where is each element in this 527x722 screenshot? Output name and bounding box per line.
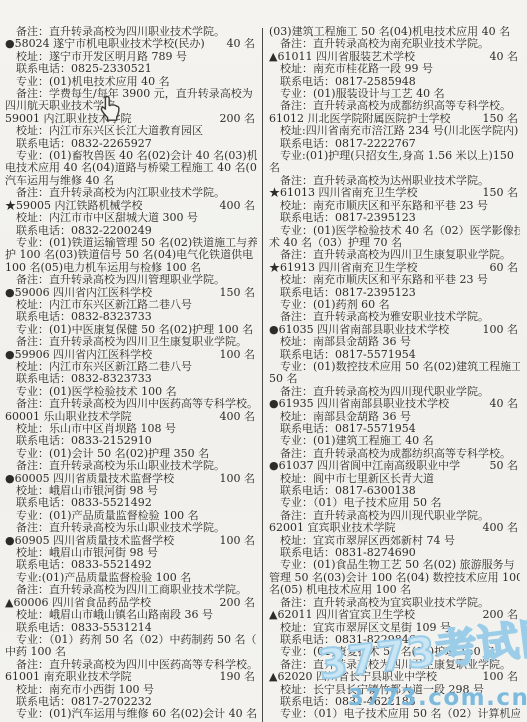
line-text: 备注：直升转录高校为乐山职业技术学院。 xyxy=(16,460,225,472)
text-line: 备注：直升转录高校为达州职业技术学院。 xyxy=(269,175,520,187)
text-line: 联系电话：0817-2222767 xyxy=(269,138,520,150)
entry-line: 61012 川北医学院附属医院护士学校150 名 xyxy=(269,113,520,125)
quota-value: 100 名 xyxy=(483,671,521,683)
text-line: 专业：(01)产品质量监督检验 100 名 xyxy=(5,510,257,522)
text-line: 专业：(01)机电技术应用 40 名 xyxy=(5,76,257,88)
line-text: 专业：（01）药剂 50 名（02）中药制药 50 名（03） xyxy=(16,634,257,646)
line-text: ●61935 四川省南部县职业技术学校 xyxy=(269,398,449,410)
quota-value: 200 名 xyxy=(220,597,258,609)
line-text: ●59006 四川省内江医科学校 xyxy=(5,287,152,299)
scanned-document-page: 备注：直升转录高校为四川职业技术学院。●58024 遂宁市机电职业技术学校(民办… xyxy=(0,0,527,722)
line-text: 专业：(01)畜牧兽医 40 名(02)会计 40 名(03)机 xyxy=(16,150,257,162)
line-text: 联系电话：0817-6300138 xyxy=(280,485,416,497)
text-line: 联系电话：0817-5571954 xyxy=(269,423,520,435)
entry-line: ●59906 四川省内江医科学校100 名 xyxy=(5,349,257,361)
line-text: 校址：遂宁市开发区明月路 789 号 xyxy=(16,51,187,63)
text-line: 校址：南充市桂花路一段 99 号 xyxy=(269,63,520,75)
line-text: 专业：(01)康复技术 50 名(02)护理 150 名 xyxy=(280,646,495,658)
quota-value: 100 名 xyxy=(220,473,258,485)
entry-line: ●60905 四川省质量技术监督学校100 名 xyxy=(5,535,257,547)
entry-line: ●61935 四川省南部县职业技术学校40 名 xyxy=(269,398,520,410)
text-line: 校址：内江市东兴区新江路二巷八号 xyxy=(5,299,257,311)
text-line: 校址：峨眉山市峨山镇名山路南段 36 号 xyxy=(5,609,257,621)
quota-value: 400 名 xyxy=(220,411,258,423)
text-line: 联系电话：0831-8274690 xyxy=(269,547,520,559)
text-line: 四川航天职业技术学院。 xyxy=(5,100,257,112)
text-line: 专业：(01)铁道运输管理 50 名(02)铁道施工与养 xyxy=(5,237,257,249)
line-text: 校址：南充市顺庆区和平东路和平巷 23 号 xyxy=(280,200,488,212)
line-text: 59001 内江职业技术学院 xyxy=(5,113,132,125)
line-text: 联系电话：0817-2222767 xyxy=(280,138,416,150)
text-line: 校址：宜宾市翠屏区文星街 109 号 xyxy=(269,622,520,634)
line-text: 校址：宜宾市翠屏区西郊新村 74 号 xyxy=(280,535,455,547)
text-line: 校址：遂宁市开发区明月路 789 号 xyxy=(5,51,257,63)
line-text: 名 xyxy=(269,162,280,174)
line-text: 校址：南部县金葫路 36 号 xyxy=(280,336,411,348)
line-text: 备注：直升转录高校为乐山职业技术学院。 xyxy=(16,522,225,534)
text-line: 校址:四川省南充市涪江路 234 号(川北医学院内) xyxy=(269,125,520,137)
line-text: 专业：(01)产品质量监督检验 100 名 xyxy=(16,510,199,522)
text-line: 联系电话：0817-2395123 xyxy=(269,212,520,224)
line-text: 联系电话：0831-8274690 xyxy=(280,547,416,559)
line-text: 专业：(01)会计 50 名(02)护理 350 名 xyxy=(16,448,209,460)
text-line: 专业：(01)药剂 60 名 xyxy=(269,299,520,311)
quota-value: 150 名 xyxy=(483,113,521,125)
line-text: 61001 南充职业技术学院 xyxy=(5,671,132,683)
line-text: ●61035 四川省南部县职业技术学校 xyxy=(269,324,449,336)
line-text: 专业：(01)铁道运输管理 50 名(02)铁道施工与养 xyxy=(16,237,257,249)
line-text: 联系电话：0832-8323733 xyxy=(16,373,152,385)
line-text: 备注：直升转录高校为四川职业技术学院。 xyxy=(16,26,225,38)
text-line: 备注：直升转录高校为南充职业技术学院。 xyxy=(269,38,520,50)
line-text: 62001 宜宾职业技术学院 xyxy=(269,522,396,534)
line-text: 备注：直升转录高校为南充职业技术学院。 xyxy=(280,38,489,50)
line-text: 校址：内江市东兴区长江大道教育园区 xyxy=(16,125,203,137)
entry-line: 60001 乐山职业技术学院400 名 xyxy=(5,411,257,423)
text-line: 电技术应用 40 名(04)道路与桥梁工程施工 40 名(05) xyxy=(5,162,257,174)
text-line: 校址：阆中市七里新区长青大道 xyxy=(269,473,520,485)
text-line: 名 xyxy=(269,162,520,174)
line-text: 备注：学费每生/每年 3900 元，直升转录高校为 xyxy=(16,88,253,100)
line-text: 联系电话：0832-2200249 xyxy=(16,225,152,237)
quota-value: 100 名 xyxy=(483,324,521,336)
quota-value: 60 名 xyxy=(490,262,521,274)
text-line: 备注：直升转录高校为四川现代职业学院。 xyxy=(269,386,520,398)
line-text: 专业：(01)药剂 60 名 xyxy=(280,299,390,311)
entry-line: ●58024 遂宁市机电职业技术学校(民办)40 名 xyxy=(5,38,257,50)
line-text: ★61013 四川省南充卫生学校 xyxy=(269,187,418,199)
text-line: 联系电话：0832-2200249 xyxy=(5,225,257,237)
entry-line: ▲62020 四川省长宁县职业中学校100 名 xyxy=(269,671,520,683)
line-text: 校址：南充市桂花路一段 99 号 xyxy=(280,63,433,75)
text-line: 备注：直升转录高校为内江职业技术学院。 xyxy=(5,187,257,199)
text-line: 备注：直升转录高校为成都纺织高等专科学校。 xyxy=(269,448,520,460)
line-text: 校址：内江市东兴区新江路二巷八号 xyxy=(16,361,192,373)
text-line: 备注：直升转录高校为四川卫生康复职业学院。 xyxy=(269,249,520,261)
line-text: 备注：直升转录高校为四川卫生康复职业学院。 xyxy=(280,659,511,671)
quota-value: 190 名 xyxy=(220,671,258,683)
text-line: 护 100 名(03)铁道信号 50 名(04)电气化铁道供电 xyxy=(5,249,257,261)
text-line: 联系电话：0833-5521492 xyxy=(5,497,257,509)
line-text: 专业:(01)护理(只招女生,身高 1.56 米以上)150 xyxy=(280,150,514,162)
column-divider xyxy=(262,28,263,722)
text-line: 专业：(01)医学检验技术 100 名 xyxy=(5,386,257,398)
line-text: 专业：(01)汽车运用与维修 60 名(02)会计 40 名 xyxy=(16,708,257,720)
entry-line: ▲60006 四川省食品药品学校200 名 xyxy=(5,597,257,609)
text-line: 联系电话：0831-4622185 xyxy=(269,696,520,708)
text-line: 备注：直升转录高校为四川中医药高等专科学校。 xyxy=(5,398,257,410)
entry-line: ●60005 四川省质量技术监督学校100 名 xyxy=(5,473,257,485)
text-line: 专业：(01)畜牧兽医 40 名(02)会计 40 名(03)机 xyxy=(5,150,257,162)
quota-value: 100 名 xyxy=(220,349,258,361)
quota-value: 400 名 xyxy=(220,200,258,212)
line-text: 备注：直升转录高校为四川中医药高等专科学校。 xyxy=(16,398,257,410)
line-text: ▲60006 四川省食品药品学校 xyxy=(5,597,151,609)
text-line: 校址：南充市小西街 100 号 xyxy=(5,684,257,696)
line-text: 专业：(01)数控技术应用 50 名(02)建筑工程施工 xyxy=(280,361,520,373)
text-line: 联系电话：0817-5571954 xyxy=(269,349,520,361)
text-line: 校址：长宁县长宁镇竹都大道一段 298 号 xyxy=(269,684,520,696)
line-text: 联系电话：0832-8323733 xyxy=(16,311,152,323)
line-text: 备注：直升转录高校为达州职业技术学院。 xyxy=(280,175,489,187)
line-text: 备注：直升转录高校为四川现代职业学院。 xyxy=(280,386,489,398)
line-text: ▲61011 四川省服装艺术学校 xyxy=(269,51,415,63)
line-text: 校址：峨眉山市银河街 98 号 xyxy=(16,547,158,559)
line-text: ●60005 四川省质量技术监督学校 xyxy=(5,473,174,485)
line-text: 60001 乐山职业技术学院 xyxy=(5,411,132,423)
text-line: 管理 50 名(03)会计 100 名(04) 数控技术应用 100 xyxy=(269,572,520,584)
text-line: 备注：直升转录高校为四川卫生康复职业学院。 xyxy=(269,659,520,671)
text-line: 联系电话：0817-2585948 xyxy=(269,76,520,88)
text-line: 专业：(01)中医康复保健 50 名(02)护理 100 名 xyxy=(5,324,257,336)
line-text: 校址：宜宾市翠屏区文星街 109 号 xyxy=(280,622,451,634)
line-text: 名(05) 机电技术应用 100 名 xyxy=(269,584,411,596)
entry-line: ●59006 四川省内江医科学校150 名 xyxy=(5,287,257,299)
line-text: 备注：直升转录高校为四川现代职业学院。 xyxy=(280,510,489,522)
text-line: 校址：峨眉山市银河街 98 号 xyxy=(5,485,257,497)
line-text: 联系电话：0833-5521492 xyxy=(16,497,152,509)
line-text: 校址：峨眉山市银河街 98 号 xyxy=(16,485,158,497)
text-line: 备注：直升转录高校为雅安职业技术学院。 xyxy=(269,311,520,323)
text-line: 备注：直升转录高校为四川职业技术学院。 xyxy=(5,26,257,38)
line-text: ▲62011 四川省宜宾卫生学校 xyxy=(269,609,415,621)
text-line: 联系电话：0832-2265927 xyxy=(5,138,257,150)
quota-value: 400 名 xyxy=(483,522,521,534)
text-line: (03)建筑工程施工 50 名(04)机电技术应用 40 名 xyxy=(269,26,520,38)
line-text: 备注：直升转录高校为宜宾职业技术学院。 xyxy=(280,597,489,609)
quota-value: 150 名 xyxy=(220,287,258,299)
text-line: 校址：内江市东兴区长江大道教育园区 xyxy=(5,125,257,137)
text-line: 专业：(01)数控技术应用 50 名(02)建筑工程施工 xyxy=(269,361,520,373)
quota-value: 40 名 xyxy=(490,51,521,63)
text-line: 校址：内江市东兴区新江路二巷八号 xyxy=(5,361,257,373)
line-text: 备注：直升转录高校为内江职业技术学院。 xyxy=(16,187,225,199)
text-line: 专业：(01)会计 50 名(02)护理 350 名 xyxy=(5,448,257,460)
line-text: 汽车运用与维修 40 名 xyxy=(5,175,114,187)
text-line: 中药 100 名 xyxy=(5,646,257,658)
line-text: 联系电话：0833-5521492 xyxy=(16,559,152,571)
line-text: 校址：乐山市中区肖坝路 108 号 xyxy=(16,423,176,435)
text-line: 备注：直升转录高校为成都纺织高等专科学校。 xyxy=(269,100,520,112)
text-line: 专业：(01)医学检验技术 40 名（02）医学影像技 xyxy=(269,225,520,237)
line-text: 专业：(01)建筑工程施工 40 名 xyxy=(280,435,434,447)
line-text: 备注：直升转录高校为四川管理职业学院。 xyxy=(16,274,225,286)
quota-value: 100 名 xyxy=(220,535,258,547)
line-text: 备注：直升转录高校为四川中医药高等专科学校。 xyxy=(16,659,257,671)
text-line: 联系电话：0832-8323733 xyxy=(5,311,257,323)
text-line: 50 名 xyxy=(269,373,520,385)
line-text: ★61913 四川省南充卫生学校 xyxy=(269,262,418,274)
text-line: 联系电话：0817-2702232 xyxy=(5,696,257,708)
text-line: 名(05) 机电技术应用 100 名 xyxy=(269,584,520,596)
quota-value: 40 名 xyxy=(490,398,521,410)
text-line: 汽车运用与维修 40 名 xyxy=(5,175,257,187)
right-column: (03)建筑工程施工 50 名(04)机电技术应用 40 名备注：直升转录高校为… xyxy=(269,26,520,721)
text-line: 联系电话：0833-2152910 xyxy=(5,435,257,447)
quota-value: 200 名 xyxy=(220,113,258,125)
text-line: 备注：直升转录高校为四川现代职业学院。 xyxy=(269,510,520,522)
line-text: 校址：内江市市中区甜城大道 300 号 xyxy=(16,212,198,224)
entry-line: 61001 南充职业技术学院190 名 xyxy=(5,671,257,683)
line-text: 四川航天职业技术学院。 xyxy=(5,100,126,112)
text-line: 备注：直升转录高校为四川工商职业技术学院。 xyxy=(5,584,257,596)
text-line: 专业：(01)服装设计与工艺 40 名 xyxy=(269,88,520,100)
text-line: 联系电话：0833-5531214 xyxy=(5,622,257,634)
text-line: 联系电话：0817-2395123 xyxy=(269,287,520,299)
left-column: 备注：直升转录高校为四川职业技术学院。●58024 遂宁市机电职业技术学校(民办… xyxy=(5,26,257,721)
line-text: 专业：（01）电子技术应用 50 名 xyxy=(280,497,442,509)
line-text: 电技术应用 40 名(04)道路与桥梁工程施工 40 名(05) xyxy=(5,162,257,174)
entry-line: 59001 内江职业技术学院200 名 xyxy=(5,113,257,125)
line-text: 联系电话：0817-2702232 xyxy=(16,696,152,708)
line-text: 联系电话：0825-2330521 xyxy=(16,63,152,75)
line-text: 护 100 名(03)铁道信号 50 名(04)电气化铁道供电 xyxy=(5,249,253,261)
line-text: 备注：直升转录高校为四川卫生康复职业学院。 xyxy=(280,249,511,261)
line-text: 50 名 xyxy=(269,373,298,385)
text-line: 专业：（01）药剂 50 名（02）中药制药 50 名（03） xyxy=(5,634,257,646)
line-text: 100 名(05)电力机车运用与检修 100 名 xyxy=(5,262,201,274)
entry-line: ●61037 四川省阆中江南高级职业中学50 名 xyxy=(269,460,520,472)
text-line: 专业:(01)产品质量监督检验 100 名 xyxy=(5,572,257,584)
line-text: ●60905 四川省质量技术监督学校 xyxy=(5,535,174,547)
line-text: 校址：南部县金葫路 36 号 xyxy=(280,411,411,423)
line-text: ●58024 遂宁市机电职业技术学校(民办) xyxy=(5,38,205,50)
line-text: 中药 100 名 xyxy=(5,646,66,658)
entry-line: 62001 宜宾职业技术学院400 名 xyxy=(269,522,520,534)
entry-line: ▲61011 四川省服装艺术学校40 名 xyxy=(269,51,520,63)
text-line: 专业：（01）电子技术应用 50 名 xyxy=(269,497,520,509)
text-line: 校址：南充市顺庆区和平东路和平巷 23 号 xyxy=(269,274,520,286)
text-line: 联系电话：0825-2330521 xyxy=(5,63,257,75)
line-text: 术 40 名（03）护理 70 名 xyxy=(269,237,402,249)
text-line: 专业:(01)护理(只招女生,身高 1.56 米以上)150 xyxy=(269,150,520,162)
line-text: 备注：直升转录高校为四川工商职业技术学院。 xyxy=(16,584,247,596)
entry-line: ●61035 四川省南部县职业技术学校100 名 xyxy=(269,324,520,336)
line-text: 专业：(01)机电技术应用 40 名 xyxy=(16,76,170,88)
line-text: 联系电话：0817-2395123 xyxy=(280,287,416,299)
line-text: 校址：长宁县长宁镇竹都大道一段 298 号 xyxy=(280,684,484,696)
text-line: 专业：(01)食品生物工艺 50 名(02) 旅游服务与 xyxy=(269,559,520,571)
line-text: 管理 50 名(03)会计 100 名(04) 数控技术应用 100 xyxy=(269,572,520,584)
line-text: 专业：(01)中医康复保健 50 名(02)护理 100 名 xyxy=(16,324,253,336)
line-text: 备注：直升转录高校为成都纺织高等专科学校。 xyxy=(280,448,511,460)
text-line: 备注：直升转录高校为四川管理职业学院。 xyxy=(5,274,257,286)
entry-line: ★61013 四川省南充卫生学校150 名 xyxy=(269,187,520,199)
line-text: 联系电话：0817-5571954 xyxy=(280,423,416,435)
text-line: 备注：直升转录高校为四川卫生康复职业学院。 xyxy=(5,336,257,348)
text-line: 联系电话：0832-8323733 xyxy=(5,373,257,385)
line-text: 专业：（01）电子技术应用 50 名（02）计算机应 xyxy=(280,708,520,720)
text-line: 备注：学费每生/每年 3900 元，直升转录高校为 xyxy=(5,88,257,100)
text-line: 联系电话：0817-6300138 xyxy=(269,485,520,497)
quota-value: 150 名 xyxy=(483,187,521,199)
text-line: 校址：南部县金葫路 36 号 xyxy=(269,336,520,348)
line-text: (03)建筑工程施工 50 名(04)机电技术应用 40 名 xyxy=(269,26,510,38)
line-text: 联系电话：0817-5571954 xyxy=(280,349,416,361)
entry-line: ★61913 四川省南充卫生学校60 名 xyxy=(269,262,520,274)
entry-line: ★59005 内江铁路机械学校400 名 xyxy=(5,200,257,212)
text-line: 术 40 名（03）护理 70 名 xyxy=(269,237,520,249)
text-line: 专业：(01)建筑工程施工 40 名 xyxy=(269,435,520,447)
line-text: 备注：直升转录高校为成都纺织高等专科学校。 xyxy=(280,100,511,112)
text-line: 专业：(01)汽车运用与维修 60 名(02)会计 40 名 xyxy=(5,708,257,720)
line-text: 校址：南充市小西街 100 号 xyxy=(16,684,154,696)
line-text: ▲62020 四川省长宁县职业中学校 xyxy=(269,671,437,683)
line-text: 专业：(01)医学检验技术 40 名（02）医学影像技 xyxy=(280,225,520,237)
line-text: ★59005 内江铁路机械学校 xyxy=(5,200,143,212)
line-text: 联系电话：0817-2585948 xyxy=(280,76,416,88)
text-line: 100 名(05)电力机车运用与检修 100 名 xyxy=(5,262,257,274)
quota-value: 50 名 xyxy=(490,460,521,472)
line-text: 校址：南充市顺庆区和平东路和平巷 23 号 xyxy=(280,274,488,286)
text-line: 备注：直升转录高校为宜宾职业技术学院。 xyxy=(269,597,520,609)
entry-line: ▲62011 四川省宜宾卫生学校200 名 xyxy=(269,609,520,621)
text-line: 备注：直升转录高校为乐山职业技术学院。 xyxy=(5,460,257,472)
text-line: 校址：南部县金葫路 36 号 xyxy=(269,411,520,423)
line-text: 61012 川北医学院附属医院护士学校 xyxy=(269,113,451,125)
line-text: 联系电话：0831-4622185 xyxy=(280,696,416,708)
line-text: 备注：直升转录高校为雅安职业技术学院。 xyxy=(280,311,489,323)
line-text: ●61037 四川省阆中江南高级职业中学 xyxy=(269,460,460,472)
text-line: 备注：直升转录高校为四川中医药高等专科学校。 xyxy=(5,659,257,671)
line-text: 校址：峨眉山市峨山镇名山路南段 36 号 xyxy=(16,609,213,621)
line-text: 专业：(01)医学检验技术 100 名 xyxy=(16,386,177,398)
text-line: 专业：(01)康复技术 50 名(02)护理 150 名 xyxy=(269,646,520,658)
line-text: 校址:四川省南充市涪江路 234 号(川北医学院内) xyxy=(280,125,518,137)
text-line: 校址：南充市顺庆区和平东路和平巷 23 号 xyxy=(269,200,520,212)
line-text: ●59906 四川省内江医科学校 xyxy=(5,349,152,361)
text-line: 校址：内江市市中区甜城大道 300 号 xyxy=(5,212,257,224)
text-line: 备注：直升转录高校为乐山职业技术学院。 xyxy=(5,522,257,534)
line-text: 校址：内江市东兴区新江路二巷八号 xyxy=(16,299,192,311)
text-line: 专业：（01）电子技术应用 50 名（02）计算机应 xyxy=(269,708,520,720)
line-text: 专业：(01)食品生物工艺 50 名(02) 旅游服务与 xyxy=(280,559,515,571)
line-text: 联系电话：0833-2152910 xyxy=(16,435,152,447)
line-text: 联系电话：0832-2265927 xyxy=(16,138,152,150)
line-text: 专业：(01)服装设计与工艺 40 名 xyxy=(280,88,445,100)
quota-value: 200 名 xyxy=(483,609,521,621)
line-text: 备注：直升转录高校为四川卫生康复职业学院。 xyxy=(16,336,247,348)
line-text: 专业:(01)产品质量监督检验 100 名 xyxy=(16,572,191,584)
line-text: 联系电话：0833-5531214 xyxy=(16,622,152,634)
text-line: 校址：乐山市中区肖坝路 108 号 xyxy=(5,423,257,435)
line-text: 联系电话：0817-2395123 xyxy=(280,212,416,224)
text-line: 联系电话：0833-5521492 xyxy=(5,559,257,571)
line-text: 联系电话：0831-8229846 xyxy=(280,634,416,646)
line-text: 校址：阆中市七里新区长青大道 xyxy=(280,473,434,485)
quota-value: 40 名 xyxy=(227,38,258,50)
text-line: 校址：峨眉山市银河街 98 号 xyxy=(5,547,257,559)
text-line: 校址：宜宾市翠屏区西郊新村 74 号 xyxy=(269,535,520,547)
text-line: 联系电话：0831-8229846 xyxy=(269,634,520,646)
